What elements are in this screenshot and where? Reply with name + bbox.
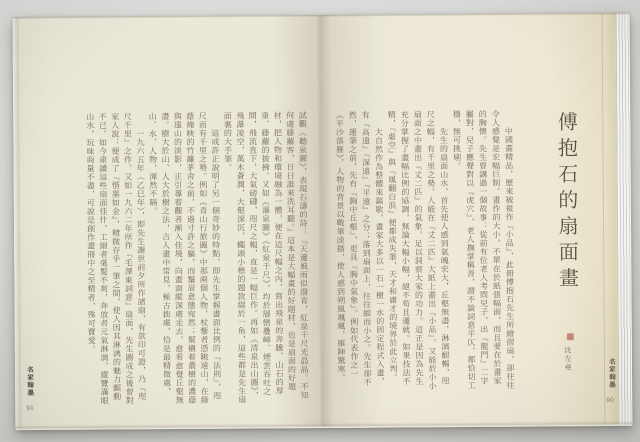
page-number-left: 91: [26, 405, 34, 412]
right-page-body-text: 中國畫精品，歷來被視作『小品』，此冊傅抱石先生所繪摺扇，卻往往令人感覺是宏幅巨制…: [333, 110, 517, 391]
photo-background: 試觀《聽泉圖》，表現石濤的詩：『天邊風雨似潑青，紅泉千尺光晶晶。不知何處藤蘿客，…: [0, 0, 640, 442]
margin-logo-left: 名家翰墨: [25, 366, 34, 402]
red-seal-icon: [567, 333, 574, 340]
open-book-spread: 試觀《聽泉圖》，表現石濤的詩：『天邊風雨似潑青，紅泉千尺光晶晶。不知何處藤蘿客，…: [13, 13, 633, 430]
page-edge-stack-left: [13, 17, 22, 430]
author-name: 沈左堯: [561, 346, 575, 382]
article-title: 傅抱石的扇面畫: [550, 111, 583, 309]
book-top-edge: [13, 13, 630, 19]
book-bottom-edge: [15, 421, 632, 430]
page-edge-stack-right: [616, 13, 633, 426]
left-page-body-text: 試觀《聽泉圖》，表現石濤的詩：『天邊風雨似潑青，紅泉千尺光晶晶。不知何處藤蘿客，…: [62, 111, 310, 407]
